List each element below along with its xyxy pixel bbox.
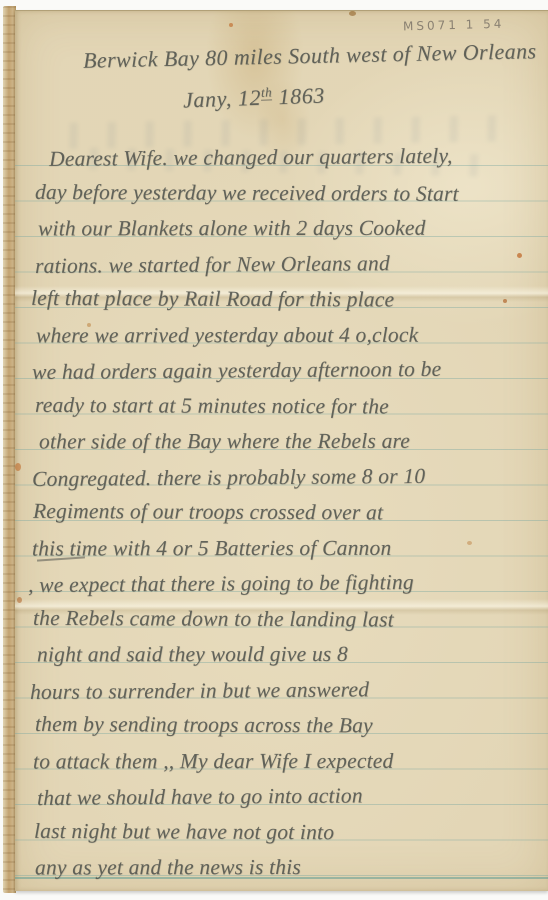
letter-line: , we expect that there is going to be fi… <box>25 558 548 598</box>
letter-page: MS071 1 54 Berwick Bay 80 miles South we… <box>15 10 548 891</box>
letter-line: any as yet and the news is this <box>25 844 548 881</box>
letter-line: them by sending troops across the Bay <box>25 701 548 739</box>
letter-line: other side of the Bay where the Rebels a… <box>25 418 548 455</box>
letter-line: last night but we have not got into <box>25 807 548 845</box>
letter-line: with our Blankets alone with 2 days Cook… <box>25 205 548 242</box>
stain-speck <box>17 597 22 603</box>
stain-speck <box>229 23 233 27</box>
letter-line: this time with 4 or 5 Batteries of Canno… <box>25 524 548 561</box>
letter-line: we had orders again yesterday afternoon … <box>25 345 548 385</box>
letter-line: left that place by Rail Road for this pl… <box>25 275 548 313</box>
letter-line: Dearest Wife. we changed our quarters la… <box>25 132 548 172</box>
letter-line: to attack them ,, My dear Wife I expecte… <box>25 737 548 774</box>
date-year: 1863 <box>272 83 325 110</box>
letter-line: the Rebels came down to the landing last <box>25 594 548 632</box>
stain-speck <box>349 11 356 16</box>
stain-speck <box>15 463 21 471</box>
letter-line: Regiments of our troops crossed over at <box>25 488 548 526</box>
letter-line: rations. we started for New Orleans and <box>25 238 548 278</box>
archival-number-note: MS071 1 54 <box>403 17 505 34</box>
letter-line: hours to surrender in but we answered <box>25 664 548 704</box>
letter-heading-date: Jany, 12th 1863 <box>183 83 326 114</box>
date-day: Jany, 12 <box>183 85 262 113</box>
letter-line: Congregated. there is probably some 8 or… <box>25 451 548 491</box>
letter-line: night and said they would give us 8 <box>25 631 548 668</box>
letter-line: ready to start at 5 minutes notice for t… <box>25 381 548 419</box>
letter-heading-location: Berwick Bay 80 miles South west of New O… <box>83 38 537 73</box>
letter-line: where we arrived yesterday about 4 o,clo… <box>25 311 548 348</box>
letter-scan: MS071 1 54 Berwick Bay 80 miles South we… <box>0 0 548 900</box>
letter-line: that we should have to go into action <box>25 771 548 811</box>
letter-line: day before yesterday we received orders … <box>25 168 548 206</box>
